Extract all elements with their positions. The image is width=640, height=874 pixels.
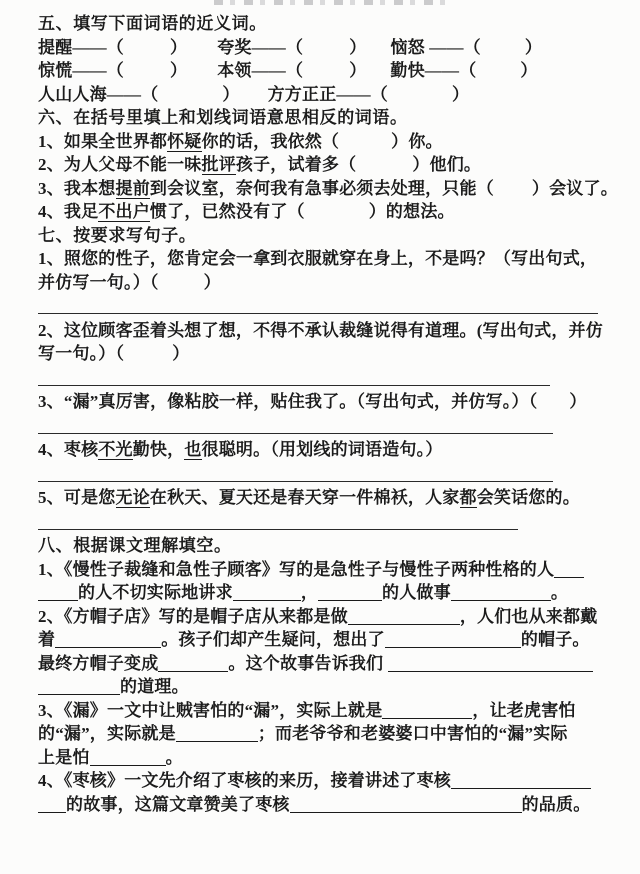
cloze-item-3-line-3: 上是怕。 (38, 746, 622, 770)
paren-answer-gap[interactable] (305, 216, 369, 217)
fill-in-blank[interactable] (451, 587, 551, 601)
answer-line-3[interactable] (38, 433, 553, 434)
sentence-item-2-line-2: 写一句。）（） (38, 342, 622, 366)
underlined-word: 也 (184, 440, 201, 460)
section-5-heading: 五、填写下面词语的近义词。 (38, 12, 622, 36)
fill-in-blank[interactable] (451, 775, 591, 789)
antonym-item-4: 4、我足不出户惯了，已然没有了（）的想法。 (38, 200, 622, 224)
fill-in-blank[interactable] (554, 564, 584, 578)
sentence-item-3: 3、“漏”真厉害，像粘胶一样，贴住我了。（写出句式，并仿写。）（） (38, 390, 622, 414)
paren-answer-gap[interactable] (124, 75, 170, 76)
paren-answer-gap[interactable] (356, 169, 412, 170)
worksheet-page: 五、填写下面词语的近义词。提醒——（）夸奖——（）恼怒 ——（）惊慌——（）本领… (0, 0, 640, 874)
fill-in-blank[interactable] (382, 705, 472, 719)
section-6-heading: 六、在括号里填上和划线词语意思相反的词语。 (38, 106, 622, 130)
paren-answer-gap[interactable] (187, 52, 217, 53)
paren-answer-gap[interactable] (388, 99, 452, 100)
fill-in-blank[interactable] (38, 799, 66, 813)
fill-in-blank[interactable] (176, 728, 258, 742)
fill-in-blank[interactable] (158, 658, 228, 672)
worksheet-content: 五、填写下面词语的近义词。提醒——（）夸奖——（）恼怒 ——（）惊慌——（）本领… (38, 12, 622, 816)
paren-answer-gap[interactable] (366, 52, 390, 53)
sentence-item-1-line-1: 1、照您的性子，您肯定会一拿到衣服就穿在身上，不是吗？（写出句式， (38, 247, 622, 271)
underlined-word: 怀疑 (167, 132, 201, 152)
fill-in-blank[interactable] (318, 587, 382, 601)
underlined-word: 批评 (202, 155, 236, 175)
fill-in-blank[interactable] (290, 799, 522, 813)
underlined-word: 不出户 (98, 202, 150, 222)
paren-answer-gap[interactable] (159, 287, 204, 288)
underlined-word: 都 (460, 488, 477, 508)
fill-in-blank[interactable] (90, 752, 166, 766)
paren-answer-gap[interactable] (124, 358, 172, 359)
underlined-word: 无论 (116, 488, 150, 508)
fill-in-blank[interactable] (55, 634, 161, 648)
cloze-item-1-line-1: 1、《慢性子裁缝和急性子顾客》写的是急性子与慢性子两种性格的人 (38, 558, 622, 582)
section-7-heading: 七、按要求写句子。 (38, 224, 622, 248)
paren-answer-gap[interactable] (303, 52, 349, 53)
underlined-word: 提前 (116, 179, 150, 199)
paren-answer-gap[interactable] (339, 146, 391, 147)
sentence-item-4: 4、枣核不光勤快，也很聪明。（用划线的词语造句。） (38, 438, 622, 462)
fill-in-blank[interactable] (348, 611, 460, 625)
answer-line-2[interactable] (38, 385, 550, 386)
paren-answer-gap[interactable] (187, 75, 217, 76)
fill-in-blank[interactable] (385, 634, 521, 648)
cloze-item-3-line-2: 的“漏”，实际就是；而老爷爷和老婆婆口中害怕的“漏”实际 (38, 722, 622, 746)
antonym-item-1: 1、如果全世界都怀疑你的话，我依然（）你。 (38, 130, 622, 154)
synonym-row-3: 人山人海——（）方方正正——（） (38, 83, 622, 107)
paren-answer-gap[interactable] (303, 75, 349, 76)
fill-in-blank[interactable] (38, 587, 78, 601)
sentence-item-1-line-2: 并仿写一句。）（） (38, 271, 622, 295)
cloze-item-2-line-3: 最终方帽子变成。这个故事告诉我们 (38, 652, 622, 676)
cloze-item-2-line-4: 的道理。 (38, 675, 622, 699)
cloze-item-1-line-2: 的人不切实际地讲求，的人做事。 (38, 581, 622, 605)
cloze-item-2-line-1: 2、《方帽子店》写的是帽子店从来都是做，人们也从来都戴 (38, 605, 622, 629)
fill-in-blank[interactable] (233, 587, 301, 601)
paren-answer-gap[interactable] (537, 406, 569, 407)
answer-line-4[interactable] (38, 481, 553, 482)
sentence-item-2-line-1: 2、这位顾客歪着头想了想，不得不承认裁缝说得有道理。(写出句式，并仿 (38, 319, 622, 343)
underlined-word: 不光 (98, 440, 132, 460)
synonym-row-2: 惊慌——（）本领——（）勤快——（） (38, 59, 622, 83)
synonym-row-1: 提醒——（）夸奖——（）恼怒 ——（） (38, 36, 622, 60)
antonym-item-3: 3、我本想提前到会议室，奈何我有急事必须去处理，只能（）会议了。 (38, 177, 622, 201)
answer-line-1[interactable] (38, 313, 598, 314)
cloze-item-4-line-1: 4、《枣核》一文先介绍了枣核的来历，接着讲述了枣核 (38, 769, 622, 793)
section-8-heading: 八、根据课文理解填空。 (38, 534, 622, 558)
cropped-text-fragment (214, 0, 450, 5)
cloze-item-2-line-2: 着。孩子们却产生疑问，想出了的帽子。 (38, 628, 622, 652)
paren-answer-gap[interactable] (494, 193, 532, 194)
answer-line-5[interactable] (38, 529, 518, 530)
cloze-item-4-line-2: 的故事，这篇文章赞美了枣核的品质。 (38, 793, 622, 817)
paren-answer-gap[interactable] (481, 52, 525, 53)
cloze-item-3-line-1: 3、《漏》一文中让贼害怕的“漏”，实际上就是，让老虎害怕 (38, 699, 622, 723)
paren-answer-gap[interactable] (124, 52, 170, 53)
fill-in-blank[interactable] (38, 681, 120, 695)
paren-answer-gap[interactable] (240, 99, 268, 100)
paren-answer-gap[interactable] (476, 75, 520, 76)
paren-answer-gap[interactable] (158, 99, 222, 100)
antonym-item-2: 2、为人父母不能一味批评孩子，试着多（）他们。 (38, 153, 622, 177)
paren-answer-gap[interactable] (366, 75, 390, 76)
fill-in-blank[interactable] (388, 658, 593, 672)
sentence-item-5: 5、可是您无论在秋天、夏天还是春天穿一件棉袄，人家都会笑话您的。 (38, 486, 622, 510)
